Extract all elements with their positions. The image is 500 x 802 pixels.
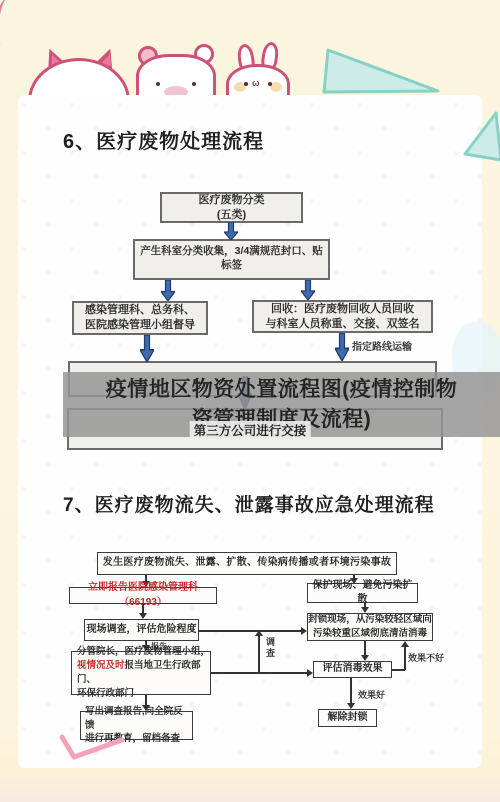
flow2-box-investigate: 现场调查，评估危险程度 xyxy=(84,619,199,641)
screenshot-root: ω 6、医疗废物处理流程 医疗废物分类 (五类) 产生科室分类收集，3/4满规范… xyxy=(0,0,500,802)
flow1-collect-text: 产生科室分类收集，3/4满规范封口、贴标签 xyxy=(135,244,328,272)
flow2-leader-line2-red: 视情况及时 xyxy=(77,660,125,671)
flow2-box-report: 立即报告医院感染管理科（66193） xyxy=(69,587,217,604)
flow1-route-label: 指定路线运输 xyxy=(352,338,412,353)
flow2-box-protect: 保护现场、避免污染扩散 xyxy=(307,583,418,603)
connector-line xyxy=(211,672,308,674)
bear-icon xyxy=(136,42,220,96)
section-7-title: 7、医疗废物流失、泄露事故应急处理流程 xyxy=(63,490,435,517)
flow1-box-recycle: 回收：医疗废物回收人员回收 与科室人员称重、交接、双签名 xyxy=(252,300,433,333)
overlay-title-line1: 疫情地区物资处置流程图(疫情控制物 xyxy=(106,375,458,405)
flow1-box-supervise: 感染管理科、总务科、 医院感染管理小组督导 xyxy=(72,301,208,335)
connector-line xyxy=(199,630,302,632)
flow1-thirdparty-label: 第三方公司进行交接 xyxy=(190,421,311,439)
flow2-investigate-text: 现场调查，评估危险程度 xyxy=(87,623,197,638)
flow2-leader-line2: 视情况及时报当地卫生行政部门、 xyxy=(77,659,210,687)
flow2-investigate-label: 调查 xyxy=(264,637,277,659)
teal-corner xyxy=(462,110,500,164)
flow2-box-incident: 发生医疗废物流失、泄露、扩散、传染病传播或者环境污染事故 xyxy=(97,552,397,575)
flow2-box-leader: 分管院长，医疗废物管理小组， 视情况及时报当地卫生行政部门、 环保行政部门 xyxy=(71,651,211,695)
flow2-seal-line2: 污染较重区域彻底清洁消毒 xyxy=(313,627,427,641)
flow1-box-collect: 产生科室分类收集，3/4满规范封口、贴标签 xyxy=(133,239,330,280)
section-6-title: 6、医疗废物处理流程 xyxy=(63,125,264,154)
arrowhead xyxy=(307,669,313,677)
blue-arrow-down-icon xyxy=(140,335,154,362)
flow2-protect-text: 保护现场、避免污染扩散 xyxy=(308,579,417,608)
flow1-classify-line1: 医疗废物分类 xyxy=(199,193,265,208)
pink-squiggle-icon xyxy=(0,0,16,45)
blue-arrow-down-icon xyxy=(161,280,175,301)
flow2-writeup-line1: 写出调查报告,向全院反馈 xyxy=(85,705,192,733)
flow2-seal-line1: 封锁现场，从污染较轻区域向 xyxy=(308,613,432,627)
flow2-good-label: 效果好 xyxy=(358,688,385,701)
flow2-box-seal: 封锁现场，从污染较轻区域向 污染较重区域彻底清洁消毒 xyxy=(307,613,433,641)
flow2-box-unseal: 解除封锁 xyxy=(318,709,377,727)
flow2-leader-line3: 环保行政部门 xyxy=(77,687,134,701)
blue-arrow-down-icon xyxy=(224,222,238,240)
blue-arrow-down-icon xyxy=(335,333,349,361)
flow2-evaluate-text: 评估消毒效果 xyxy=(323,662,383,677)
arrowhead xyxy=(401,641,409,647)
flow2-leader-line1: 分管院长，医疗废物管理小组， xyxy=(77,645,210,659)
flow2-box-evaluate: 评估消毒效果 xyxy=(313,661,392,678)
flow1-box-classify: 医疗废物分类 (五类) xyxy=(160,192,303,223)
connector-line xyxy=(350,678,352,704)
connector-line xyxy=(404,646,406,670)
pink-ribbon xyxy=(58,731,126,763)
flow1-recycle-line1: 回收：医疗废物回收人员回收 xyxy=(271,302,414,317)
bunny-icon: ω xyxy=(226,44,296,96)
cat-icon xyxy=(26,46,136,96)
arrowhead xyxy=(255,630,263,636)
flow1-supervise-line1: 感染管理科、总务科、 xyxy=(85,303,195,318)
teal-triangle xyxy=(318,44,446,98)
connector-line xyxy=(364,641,366,656)
blue-arrow-down-icon xyxy=(301,280,315,300)
flow2-unseal-text: 解除封锁 xyxy=(328,711,368,726)
flow2-incident-text: 发生医疗废物流失、泄露、扩散、传染病传播或者环境污染事故 xyxy=(103,556,391,571)
flow2-bad-label: 效果不好 xyxy=(408,651,444,664)
arrowhead xyxy=(301,627,307,635)
flow1-supervise-line2: 医院感染管理小组督导 xyxy=(85,318,195,333)
connector-line xyxy=(258,635,260,673)
flow1-recycle-line2: 与科室人员称重、交接、双签名 xyxy=(266,317,420,332)
flow1-classify-line2: (五类) xyxy=(217,208,246,223)
